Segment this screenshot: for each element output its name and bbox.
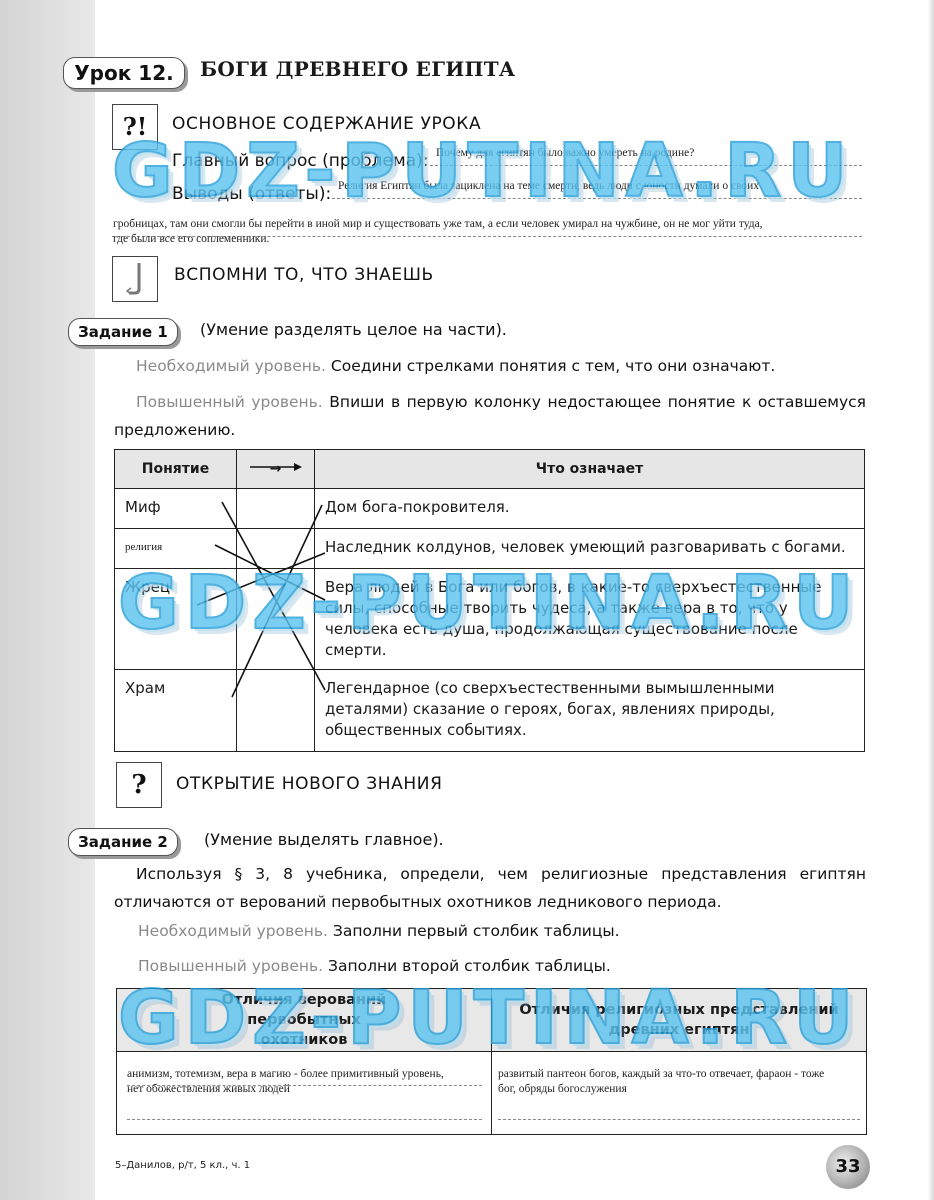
conclusions-answer-line3[interactable]: где были все его соплеменники. — [113, 233, 269, 245]
header-arrow: → — [237, 450, 315, 489]
table-row: Храм Легендарное (со сверхъестественными… — [115, 670, 865, 752]
level-label: Повышенный уровень. — [138, 957, 323, 975]
answer-line2[interactable]: нет обожествления живых людей — [127, 1083, 290, 1095]
lesson-badge: Урок 12. — [63, 57, 185, 89]
concepts-table: Понятие → Что означает Миф Дом бога-покр… — [114, 449, 865, 752]
footer-imprint: 5–Данилов, р/т, 5 кл., ч. 1 — [115, 1160, 250, 1171]
arrow-cell — [237, 489, 315, 529]
task2-badge: Задание 2 — [68, 828, 178, 856]
concept-cell: Храм — [115, 670, 237, 752]
meaning-cell: Дом бога-покровителя. — [315, 489, 865, 529]
conclusions-answer-line1[interactable]: Религия Египтян была зациклена на теме с… — [338, 180, 759, 192]
level-instruction: Заполни первый столбик таблицы. — [333, 922, 620, 940]
answer-cell-hunters[interactable]: анимизм, тотемизм, вера в магию - более … — [117, 1052, 492, 1135]
task1-skill: (Умение разделять целое на части). — [200, 320, 507, 339]
task1-advanced-level: Повышенный уровень. Впиши в первую колон… — [114, 388, 866, 444]
table-row: Миф Дом бога-покровителя. — [115, 489, 865, 529]
level-label: Необходимый уровень. — [138, 922, 328, 940]
arrow-cell — [237, 529, 315, 569]
table-row: религия Наследник колдунов, человек умею… — [115, 529, 865, 569]
section-heading-recall: ВСПОМНИ ТО, ЧТО ЗНАЕШЬ — [174, 265, 434, 285]
answer-line1[interactable]: развитый пантеон богов, каждый за что-то… — [498, 1068, 824, 1080]
concept-cell: Миф — [115, 489, 237, 529]
header-hunters: Отличия верований первобытных охотников — [117, 989, 492, 1052]
meaning-cell: Наследник колдунов, человек умеющий разг… — [315, 529, 865, 569]
task1-badge: Задание 1 — [68, 318, 178, 346]
lesson-title: БОГИ ДРЕВНЕГО ЕГИПТА — [200, 57, 516, 81]
task1-basic-level: Необходимый уровень. Соедини стрелками п… — [136, 352, 775, 380]
page-number: 33 — [826, 1145, 870, 1189]
level-instruction: Заполни второй столбик таблицы. — [328, 957, 611, 975]
main-question-label: Главный вопрос (проблема): — [172, 151, 429, 171]
exclamation-question-icon: ?! — [112, 104, 158, 150]
page-right-edge — [928, 0, 934, 1200]
answer-line — [430, 165, 862, 166]
task2-basic-level: Необходимый уровень. Заполни первый стол… — [138, 917, 620, 945]
level-label: Повышенный уровень. — [136, 393, 323, 411]
conclusions-answer-line2[interactable]: гробницах, там они смогли бы перейти в и… — [113, 218, 763, 230]
answer-line1[interactable]: анимизм, тотемизм, вера в магию - более … — [127, 1068, 444, 1080]
concept-cell: Жрец — [115, 569, 237, 670]
meaning-cell: Легендарное (со сверхъестественными вымы… — [315, 670, 865, 752]
concept-cell-filled[interactable]: религия — [115, 529, 237, 569]
answer-line — [498, 1119, 860, 1120]
header-concept: Понятие — [115, 450, 237, 489]
table-row: анимизм, тотемизм, вера в магию - более … — [117, 1052, 867, 1135]
conclusions-label: Выводы (ответы): — [172, 184, 331, 204]
header-meaning: Что означает — [315, 450, 865, 489]
comparison-table: Отличия верований первобытных охотников … — [116, 988, 867, 1135]
page-left-margin — [0, 0, 95, 1200]
arrow-cell — [237, 569, 315, 670]
bookmark-hook-icon — [112, 256, 158, 302]
main-question-answer[interactable]: Почему для египтян было важно умереть на… — [436, 147, 694, 159]
section-heading-main: ОСНОВНОЕ СОДЕРЖАНИЕ УРОКА — [172, 114, 481, 134]
table-row: Жрец Вера людей в Бога или богов, в каки… — [115, 569, 865, 670]
meaning-cell: Вера людей в Бога или богов, в какие-то … — [315, 569, 865, 670]
question-mark-icon: ? — [116, 762, 162, 808]
section-heading-discovery: ОТКРЫТИЕ НОВОГО ЗНАНИЯ — [176, 774, 443, 794]
task2-intro: Используя § 3, 8 учебника, определи, чем… — [114, 860, 866, 916]
answer-line — [332, 198, 862, 199]
level-instruction: Соедини стрелками понятия с тем, что они… — [331, 357, 775, 375]
arrow-cell — [237, 670, 315, 752]
table-header-row: Понятие → Что означает — [115, 450, 865, 489]
header-egyptians: Отличия религиозных представлений древни… — [492, 989, 867, 1052]
answer-cell-egyptians[interactable]: развитый пантеон богов, каждый за что-то… — [492, 1052, 867, 1135]
task2-skill: (Умение выделять главное). — [204, 830, 444, 849]
level-label: Необходимый уровень. — [136, 357, 326, 375]
table-header-row: Отличия верований первобытных охотников … — [117, 989, 867, 1052]
answer-line2[interactable]: бог, обряды богослужения — [498, 1083, 627, 1095]
task2-advanced-level: Повышенный уровень. Заполни второй столб… — [138, 952, 611, 980]
answer-line — [127, 1119, 482, 1120]
